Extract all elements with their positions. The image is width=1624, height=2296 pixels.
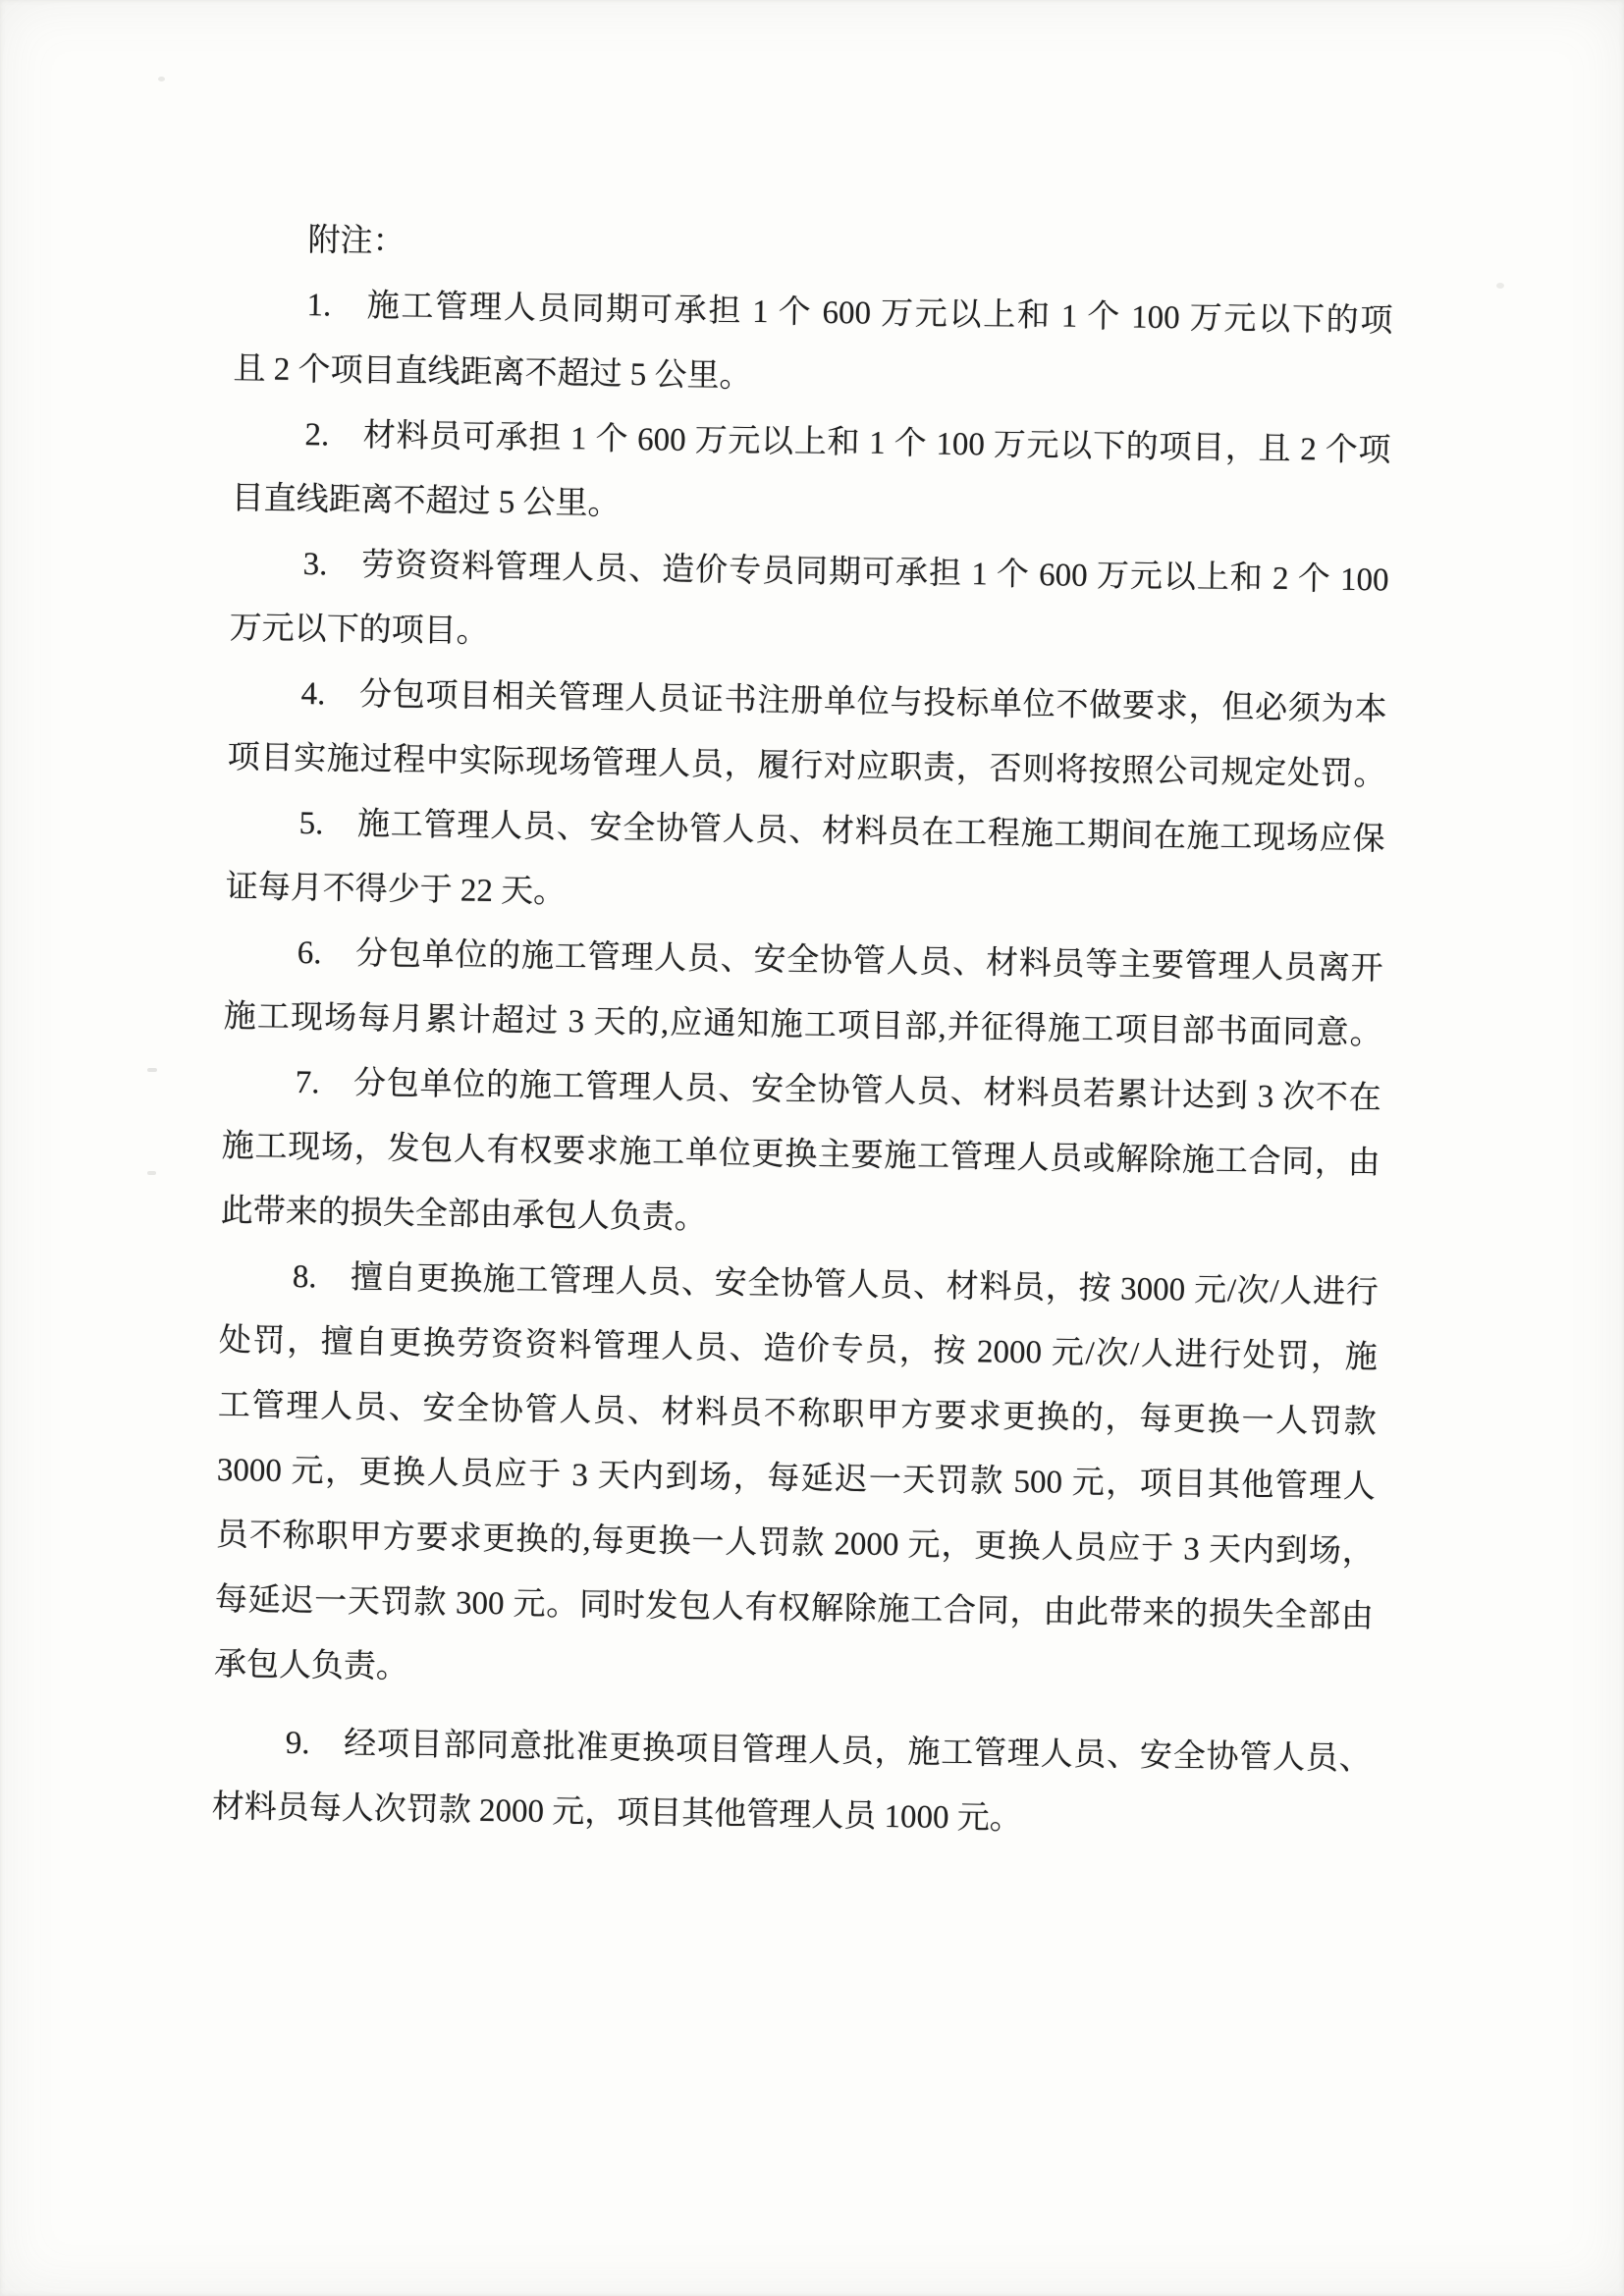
scan-speck (147, 1171, 156, 1175)
document-body: 附注： 1. 施工管理人员同期可承担 1 个 600 万元以上和 1 个 100… (211, 207, 1394, 1856)
scan-speck (147, 1068, 157, 1072)
scanned-page: 附注： 1. 施工管理人员同期可承担 1 个 600 万元以上和 1 个 100… (0, 0, 1624, 2296)
scan-speck (158, 77, 165, 81)
scan-speck (1496, 283, 1504, 289)
